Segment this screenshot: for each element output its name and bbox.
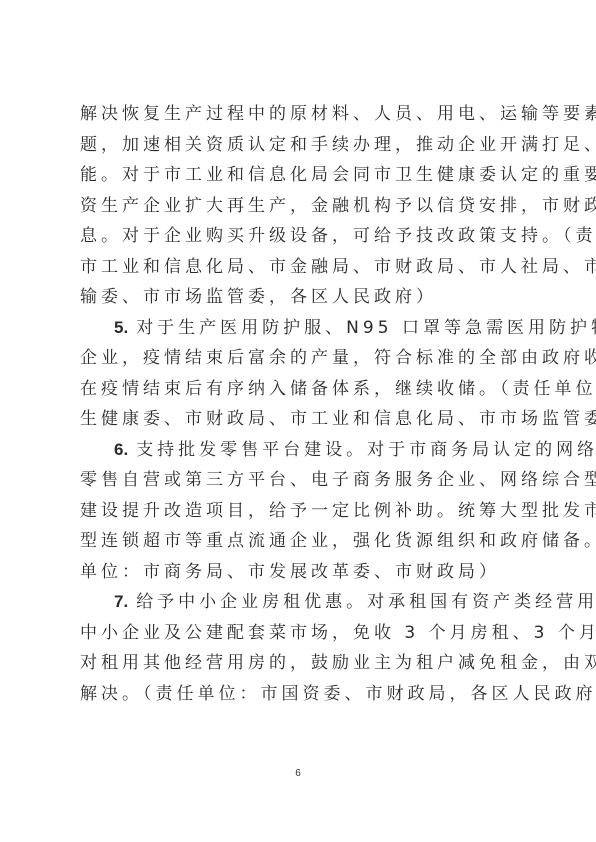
text-line: 中小企业及公建配套菜市场，免收 3 个月房租、3 个月房租减半。 — [80, 618, 522, 649]
text-line: 资生产企业扩大再生产，金融机构予以信贷安排，市财政全额贴 — [80, 191, 522, 222]
document-page: 解决恢复生产过程中的原材料、人员、用电、运输等要素保障问 题，加速相关资质认定和… — [0, 0, 596, 842]
text-line: 在疫情结束后有序纳入储备体系，继续收储。（责任单位：市卫 — [80, 374, 522, 405]
text-line: 单位：市商务局、市发展改革委、市财政局） — [80, 557, 522, 588]
text-line: 题，加速相关资质认定和手续办理，推动企业开满打足、释放产 — [80, 130, 522, 161]
text-line: 解决恢复生产过程中的原材料、人员、用电、运输等要素保障问 — [80, 99, 522, 130]
text-line: 解决。（责任单位：市国资委、市财政局，各区人民政府） — [80, 679, 522, 710]
item-number: 6. — [114, 440, 128, 459]
item-number: 7. — [114, 592, 128, 611]
item-lead-text: 对于生产医用防护服、N95 口罩等急需医用防护物资的 — [136, 318, 596, 338]
text-line: 市工业和信息化局、市金融局、市财政局、市人社局、市交通运 — [80, 252, 522, 283]
page-number: 6 — [0, 768, 596, 779]
item-first-line: 7.给予中小企业房租优惠。对承租国有资产类经营用房的 — [80, 587, 522, 618]
text-line: 息。对于企业购买升级设备，可给予技改政策支持。（责任单位： — [80, 221, 522, 252]
item-lead-text: 给予中小企业房租优惠。对承租国有资产类经营用房的 — [136, 592, 596, 612]
text-line: 零售自营或第三方平台、电子商务服务企业、网络综合型平台的 — [80, 465, 522, 496]
list-item-6: 6.支持批发零售平台建设。对于市商务局认定的网络批发 零售自营或第三方平台、电子… — [80, 435, 522, 588]
document-body: 解决恢复生产过程中的原材料、人员、用电、运输等要素保障问 题，加速相关资质认定和… — [80, 99, 522, 709]
text-line: 建设提升改造项目，给予一定比例补助。统筹大型批发市场、大 — [80, 496, 522, 527]
item-lead-text: 支持批发零售平台建设。对于市商务局认定的网络批发 — [136, 440, 596, 460]
text-line: 型连锁超市等重点流通企业，强化货源组织和政府储备。（责任 — [80, 526, 522, 557]
list-item-5: 5.对于生产医用防护服、N95 口罩等急需医用防护物资的 企业，疫情结束后富余的… — [80, 313, 522, 435]
list-item-7: 7.给予中小企业房租优惠。对承租国有资产类经营用房的 中小企业及公建配套菜市场，… — [80, 587, 522, 709]
text-line: 对租用其他经营用房的，鼓励业主为租户减免租金，由双方协商 — [80, 648, 522, 679]
text-line: 输委、市市场监管委，各区人民政府） — [80, 282, 522, 313]
text-line: 生健康委、市财政局、市工业和信息化局、市市场监管委） — [80, 404, 522, 435]
text-line: 企业，疫情结束后富余的产量，符合标准的全部由政府收储，并 — [80, 343, 522, 374]
item-number: 5. — [114, 318, 128, 337]
text-line: 能。对于市工业和信息化局会同市卫生健康委认定的重要医用物 — [80, 160, 522, 191]
item-first-line: 5.对于生产医用防护服、N95 口罩等急需医用防护物资的 — [80, 313, 522, 344]
item-first-line: 6.支持批发零售平台建设。对于市商务局认定的网络批发 — [80, 435, 522, 466]
paragraph-continuation: 解决恢复生产过程中的原材料、人员、用电、运输等要素保障问 题，加速相关资质认定和… — [80, 99, 522, 313]
